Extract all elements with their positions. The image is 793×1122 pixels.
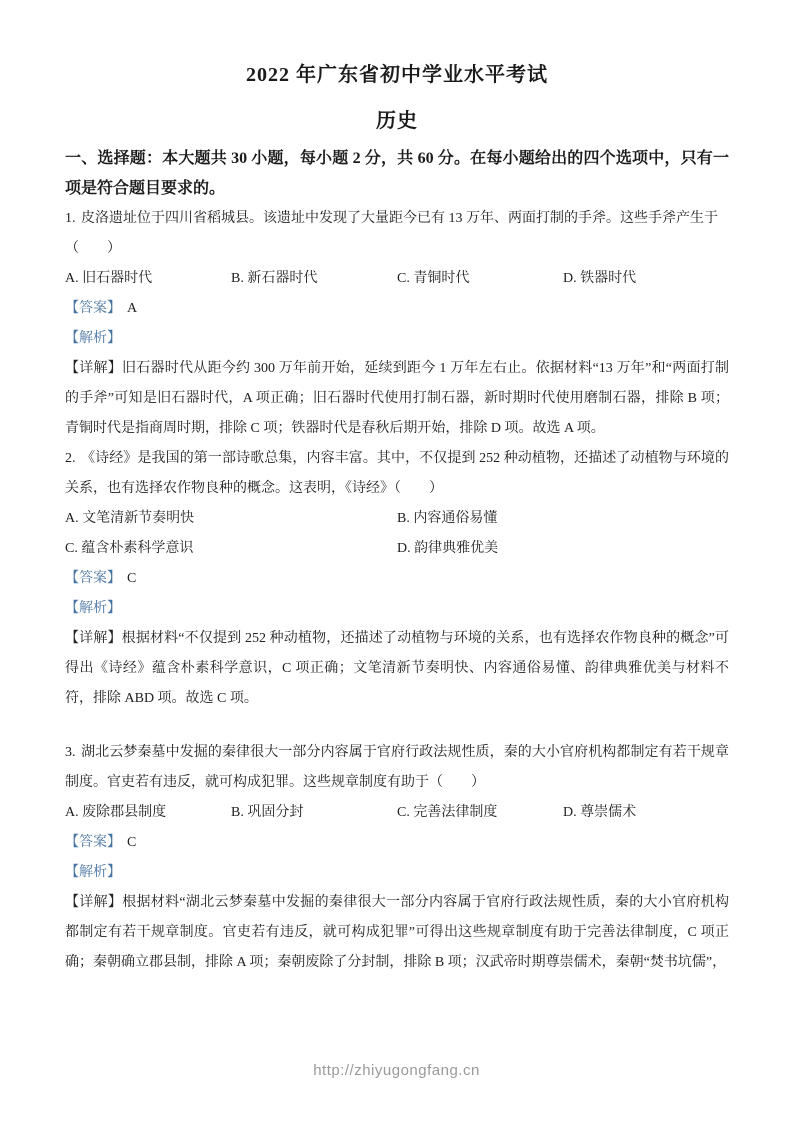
document-page: 2022 年广东省初中学业水平考试 历史 一、选择题：本大题共 30 小题，每小… [65,60,729,978]
question-text: 皮洛遗址位于四川省稻城县。该遗址中发现了大量距今已有 13 万年、两面打制的手斧… [81,211,718,226]
option-c: C. 完善法律制度 [397,798,563,828]
option-b: B. 巩固分封 [231,798,397,828]
option-b: B. 内容通俗易懂 [397,504,729,534]
option-a: A. 文笔清新节奏明快 [65,504,397,534]
question-number: 2. [65,451,76,466]
options-row: A. 文笔清新节奏明快B. 内容通俗易懂C. 蕴含朴素科学意识D. 韵律典雅优美 [65,504,729,564]
answer-value: C [127,571,136,586]
detail-label: 【详解】 [65,631,122,646]
answer-value: A [127,301,137,316]
detail-label: 【详解】 [65,361,122,376]
section-header: 一、选择题：本大题共 30 小题，每小题 2 分，共 60 分。在每小题给出的四… [65,144,729,204]
analysis-label: 【解析】 [65,601,121,616]
exam-title: 2022 年广东省初中学业水平考试 [65,60,729,90]
detail-text: 根据材料“湖北云梦秦墓中发掘的秦律很大一部分内容属于官府行政法规性质，秦的大小官… [65,895,729,970]
question-stem: 3. 湖北云梦秦墓中发掘的秦律很大一部分内容属于官府行政法规性质，秦的大小官府机… [65,738,729,798]
analysis-line: 【解析】 [65,594,729,624]
question-block: 2. 《诗经》是我国的第一部诗歌总集，内容丰富。其中，不仅提到 252 种动植物… [65,444,729,714]
analysis-line: 【解析】 [65,858,729,888]
answer-label: 【答案】 [65,301,121,316]
detail-text: 根据材料“不仅提到 252 种动植物，还描述了动植物与环境的关系，也有选择农作物… [65,631,729,706]
options-row: A. 旧石器时代B. 新石器时代C. 青铜时代D. 铁器时代 [65,264,729,294]
detail-paragraph: 【详解】旧石器时代从距今约 300 万年前开始，延续到距今 1 万年左右止。依据… [65,354,729,444]
question-text: 《诗经》是我国的第一部诗歌总集，内容丰富。其中，不仅提到 252 种动植物，还描… [65,451,729,496]
question-number: 1. [65,211,76,226]
option-b: B. 新石器时代 [231,264,397,294]
question-block: 1. 皮洛遗址位于四川省稻城县。该遗址中发现了大量距今已有 13 万年、两面打制… [65,204,729,444]
options-row: A. 废除郡县制度B. 巩固分封C. 完善法律制度D. 尊崇儒术 [65,798,729,828]
question-block: 3. 湖北云梦秦墓中发掘的秦律很大一部分内容属于官府行政法规性质，秦的大小官府机… [65,738,729,978]
detail-label: 【详解】 [65,895,122,910]
option-c: C. 青铜时代 [397,264,563,294]
option-c: C. 蕴含朴素科学意识 [65,534,397,564]
footer-url: http://zhiyugongfang.cn [0,1062,793,1079]
option-d: D. 韵律典雅优美 [397,534,729,564]
option-a: A. 旧石器时代 [65,264,231,294]
option-a: A. 废除郡县制度 [65,798,231,828]
detail-text: 旧石器时代从距今约 300 万年前开始，延续到距今 1 万年左右止。依据材料“1… [65,361,729,436]
answer-blank: （ ） [65,234,729,264]
analysis-label: 【解析】 [65,865,121,880]
analysis-label: 【解析】 [65,331,121,346]
answer-value: C [127,835,136,850]
analysis-line: 【解析】 [65,324,729,354]
question-stem: 2. 《诗经》是我国的第一部诗歌总集，内容丰富。其中，不仅提到 252 种动植物… [65,444,729,504]
question-text: 湖北云梦秦墓中发掘的秦律很大一部分内容属于官府行政法规性质，秦的大小官府机构都制… [65,745,729,790]
question-stem: 1. 皮洛遗址位于四川省稻城县。该遗址中发现了大量距今已有 13 万年、两面打制… [65,204,729,234]
answer-label: 【答案】 [65,835,121,850]
option-d: D. 尊崇儒术 [563,798,729,828]
answer-label: 【答案】 [65,571,121,586]
answer-line: 【答案】C [65,828,729,858]
exam-subject: 历史 [65,106,729,136]
answer-line: 【答案】C [65,564,729,594]
question-number: 3. [65,745,76,760]
answer-line: 【答案】A [65,294,729,324]
option-d: D. 铁器时代 [563,264,729,294]
questions: 1. 皮洛遗址位于四川省稻城县。该遗址中发现了大量距今已有 13 万年、两面打制… [65,204,729,978]
detail-paragraph: 【详解】根据材料“湖北云梦秦墓中发掘的秦律很大一部分内容属于官府行政法规性质，秦… [65,888,729,978]
detail-paragraph: 【详解】根据材料“不仅提到 252 种动植物，还描述了动植物与环境的关系，也有选… [65,624,729,714]
